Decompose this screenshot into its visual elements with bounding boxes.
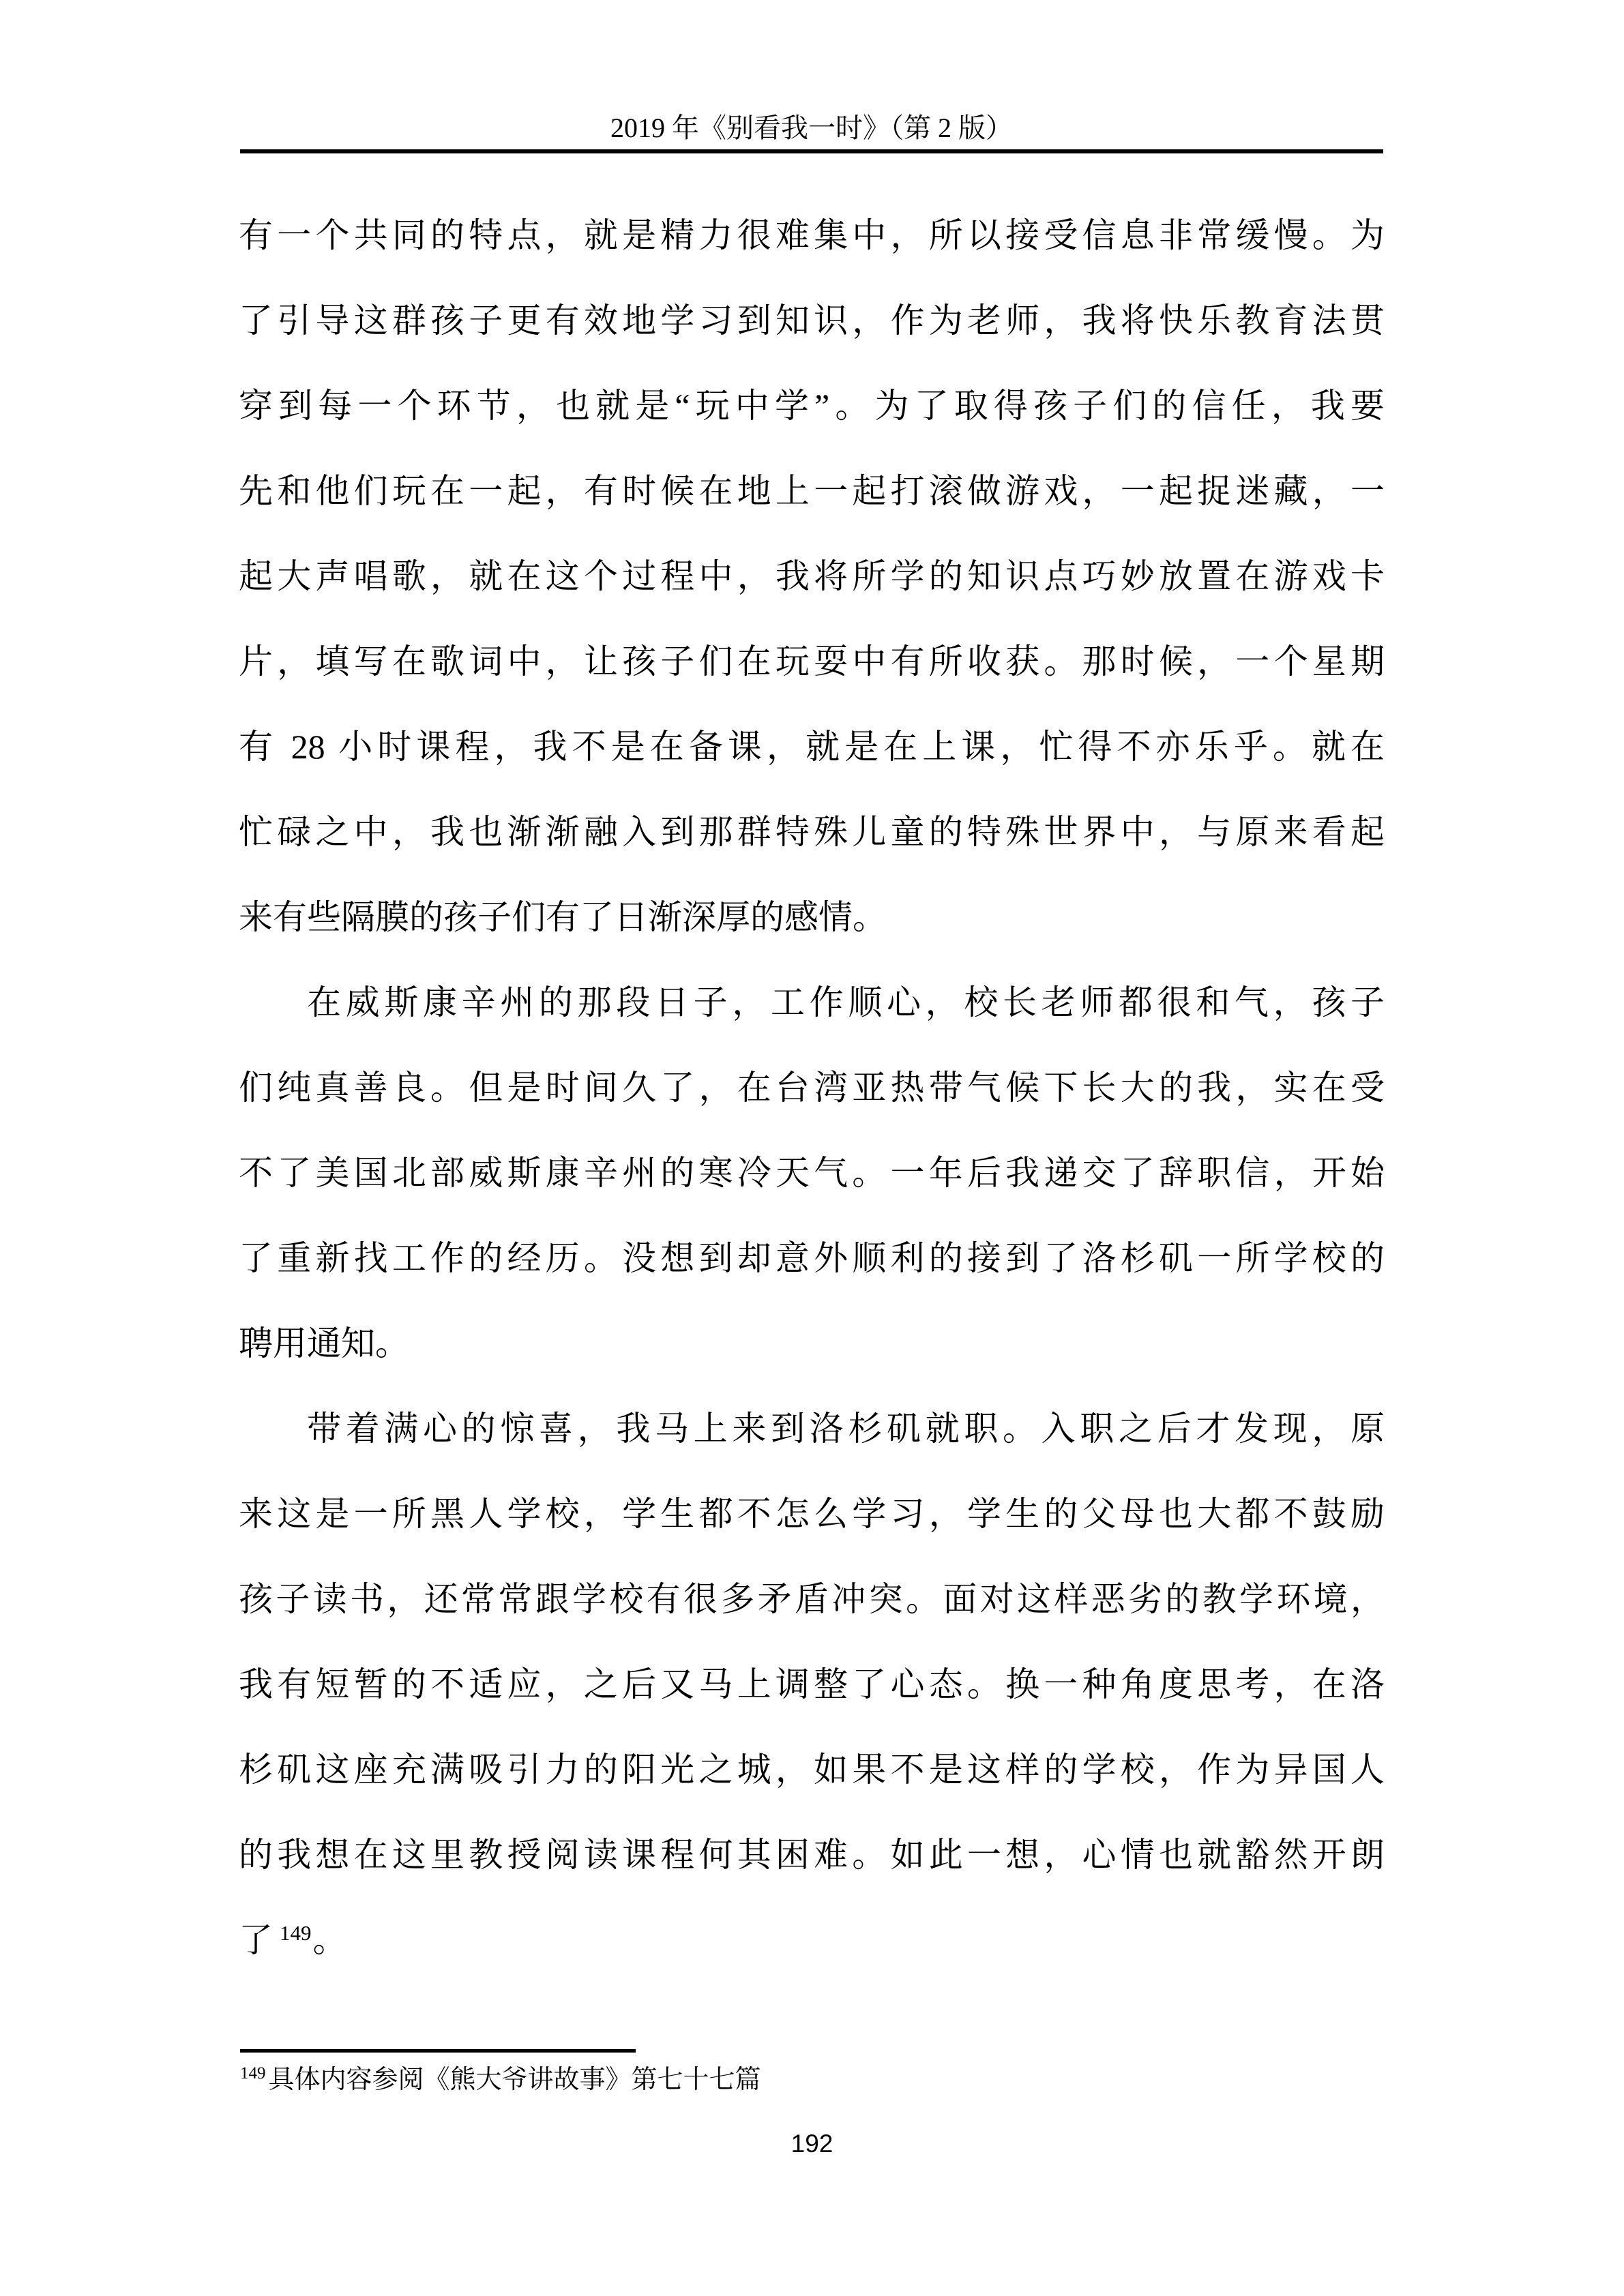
text-line: 带着满心的惊喜，我马上来到洛杉矶就职。入职之后才发现，原 xyxy=(239,1386,1385,1472)
text-line: 在威斯康辛州的那段日子，工作顺心，校长老师都很和气，孩子 xyxy=(239,960,1385,1045)
text-line: 来这是一所黑人学校，学生都不怎么学习，学生的父母也大都不鼓励 xyxy=(239,1472,1385,1557)
text-run: 。 xyxy=(313,1921,347,1959)
paragraph: 有一个共同的特点，就是精力很难集中，所以接受信息非常缓慢。为了引导这群孩子更有效… xyxy=(239,193,1385,960)
text-line: 片，填写在歌词中，让孩子们在玩耍中有所收获。那时候，一个星期 xyxy=(239,619,1385,704)
text-line: 杉矶这座充满吸引力的阳光之城，如果不是这样的学校，作为异国人 xyxy=(239,1727,1385,1813)
text-line: 的我想在这里教授阅读课程何其困难。如此一想，心情也就豁然开朗 xyxy=(239,1813,1385,1898)
footnote: 149具体内容参阅《熊大爷讲故事》第七十七篇 xyxy=(240,2061,1386,2102)
footnote-number: 149 xyxy=(240,2064,266,2083)
text-line: 先和他们玩在一起，有时候在地上一起打滚做游戏，一起捉迷藏，一 xyxy=(239,449,1385,534)
text-line: 穿到每一个环节，也就是“玩中学”。为了取得孩子们的信任，我要 xyxy=(239,363,1385,449)
text-line: 孩子读书，还常常跟学校有很多矛盾冲突。面对这样恶劣的教学环境， xyxy=(239,1557,1385,1642)
footnote-text: 具体内容参阅《熊大爷讲故事》第七十七篇 xyxy=(269,2066,761,2094)
text-line: 有一个共同的特点，就是精力很难集中，所以接受信息非常缓慢。为 xyxy=(239,193,1385,278)
text-line: 了重新找工作的经历。没想到却意外顺利的接到了洛杉矶一所学校的 xyxy=(239,1216,1385,1301)
page-number: 192 xyxy=(0,2126,1624,2162)
text-line: 起大声唱歌，就在这个过程中，我将所学的知识点巧妙放置在游戏卡 xyxy=(239,534,1385,619)
text-line: 们纯真善良。但是时间久了，在台湾亚热带气候下长大的我，实在受 xyxy=(239,1045,1385,1131)
body-text: 有一个共同的特点，就是精力很难集中，所以接受信息非常缓慢。为了引导这群孩子更有效… xyxy=(239,193,1385,1983)
text-line: 了引导这群孩子更有效地学习到知识，作为老师，我将快乐教育法贯 xyxy=(239,278,1385,363)
text-line: 了149。 xyxy=(239,1898,1385,1983)
page-header-title: 2019 年《别看我一时》（第 2 版） xyxy=(239,108,1385,149)
text-line: 有 28 小时课程，我不是在备课，就是在上课，忙得不亦乐乎。就在 xyxy=(239,704,1385,790)
footnote-reference: 149 xyxy=(280,1921,312,1945)
text-line: 来有些隔膜的孩子们有了日渐深厚的感情。 xyxy=(239,875,1385,960)
header-rule xyxy=(240,149,1383,153)
text-run: 了 xyxy=(239,1921,273,1959)
paragraph: 带着满心的惊喜，我马上来到洛杉矶就职。入职之后才发现，原来这是一所黑人学校，学生… xyxy=(239,1386,1385,1983)
text-line: 忙碌之中，我也渐渐融入到那群特殊儿童的特殊世界中，与原来看起 xyxy=(239,790,1385,875)
text-line: 聘用通知。 xyxy=(239,1301,1385,1386)
paragraph: 在威斯康辛州的那段日子，工作顺心，校长老师都很和气，孩子们纯真善良。但是时间久了… xyxy=(239,960,1385,1386)
text-line: 不了美国北部威斯康辛州的寒冷天气。一年后我递交了辞职信，开始 xyxy=(239,1131,1385,1216)
document-page: 2019 年《别看我一时》（第 2 版） 有一个共同的特点，就是精力很难集中，所… xyxy=(0,0,1624,2296)
text-line: 我有短暂的不适应，之后又马上调整了心态。换一种角度思考，在洛 xyxy=(239,1642,1385,1727)
footnote-separator xyxy=(240,2049,636,2053)
